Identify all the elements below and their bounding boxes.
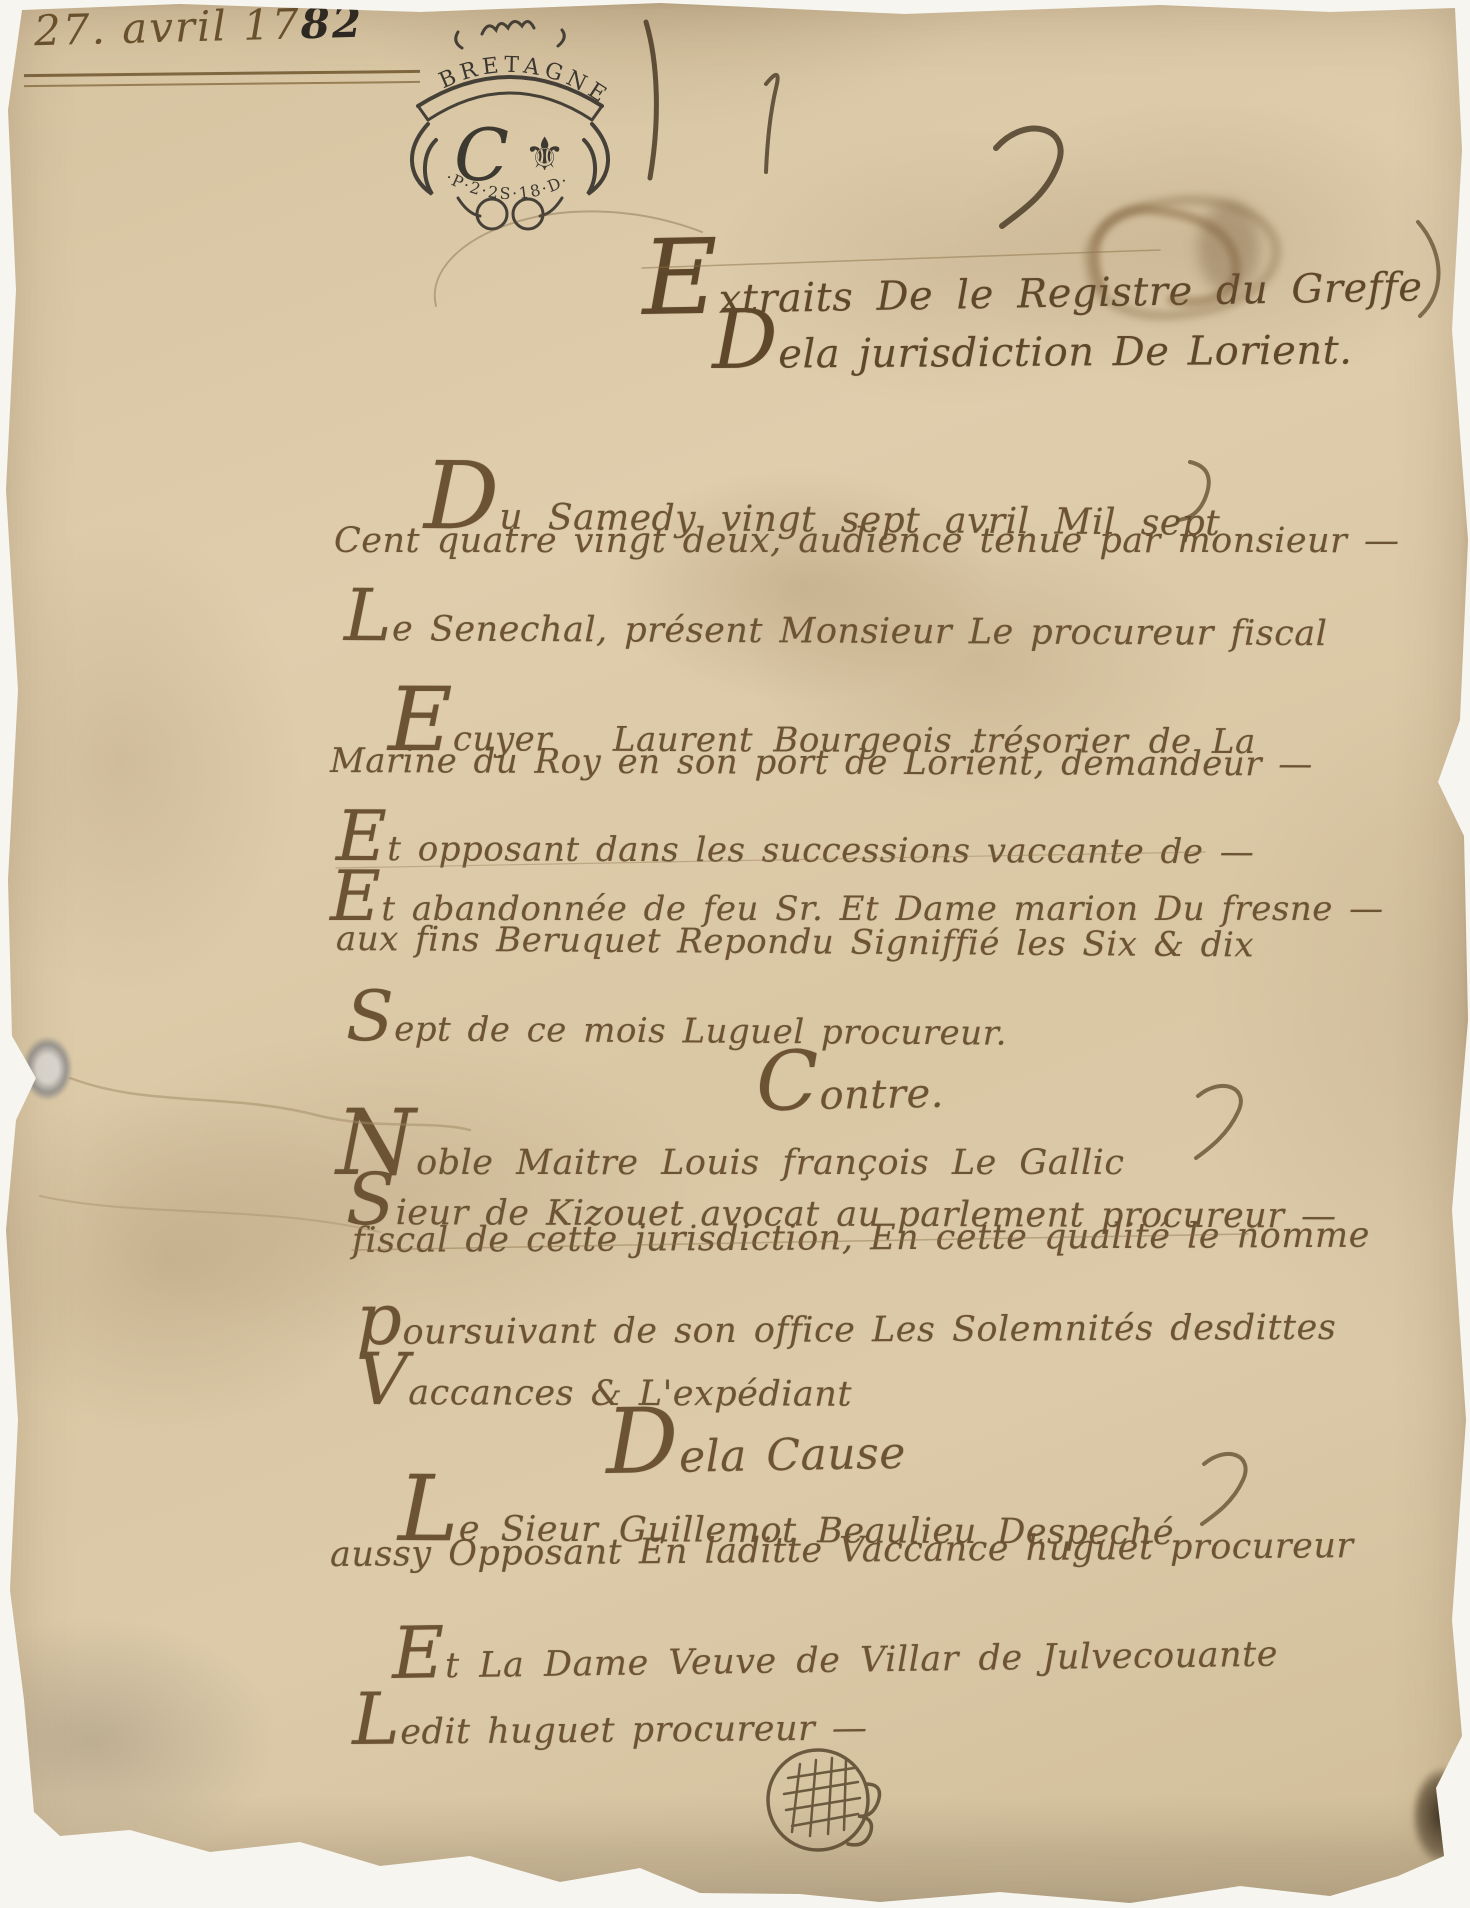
body-line: Et La Dame Veuve de Villar de Julvecouan… (391, 1606, 1278, 1690)
quill-test-stroke-left (646, 22, 656, 178)
stamp-crown-side-tufts (456, 30, 565, 48)
paper-hole (16, 1028, 86, 1118)
notary-paraph (759, 1741, 880, 1860)
date-text-dark: 82 (300, 0, 364, 48)
crease-line-bottom-left (40, 1196, 380, 1232)
stamp-banner-inner (428, 93, 592, 120)
stamp-right-scroll (584, 124, 608, 194)
bretagne-tax-stamp: BRETAGNE C ⚜ ·P·2·2S·18·D· (398, 8, 622, 236)
paraph-hatching (784, 1758, 860, 1836)
date-underline-rule (24, 70, 420, 87)
torn-edge-shadow (0, 1796, 1470, 1908)
date-text-light: 27. avril 17 (33, 0, 301, 55)
top-right-curl-mark (996, 129, 1061, 226)
p3-trailing-flourish (1196, 1086, 1241, 1158)
quill-test-stroke-right (766, 75, 778, 172)
manuscript-page: 27. avril 1782 BRETAGNE C ⚜ ·P·2·2S·18·D… (0, 0, 1470, 1908)
archival-date-note: 27. avril 1782 (34, 2, 364, 53)
body-line: aussy Opposant En laditte Vaccance hugue… (330, 1529, 1354, 1573)
p4-trailing-flourish (1202, 1454, 1246, 1524)
corner-ink-blob (1402, 1752, 1470, 1880)
paraph-tail (848, 1784, 880, 1845)
body-line: Cent quatre vingt deux, audience tenue p… (334, 524, 1400, 559)
body-line: Ledit huguet procureur — (352, 1680, 868, 1756)
stamp-left-scroll (412, 124, 436, 194)
body-line: Le Senechal, présent Monsieur Le procure… (344, 580, 1328, 657)
body-line: Marine du Roy en son port de Lorient, de… (330, 744, 1313, 781)
stamp-bottom-curl-left (477, 199, 507, 229)
body-line: aux fins Beruquet Repondu Signiffié les … (336, 922, 1254, 962)
stamp-bottom-curl-right (513, 199, 543, 229)
heading-line-2: Dela jurisdiction De Lorient. (712, 296, 1353, 382)
stamp-crown-flourish (482, 21, 534, 34)
body-line: fiscal de cette jurisdiction, En cette q… (352, 1219, 1370, 1259)
